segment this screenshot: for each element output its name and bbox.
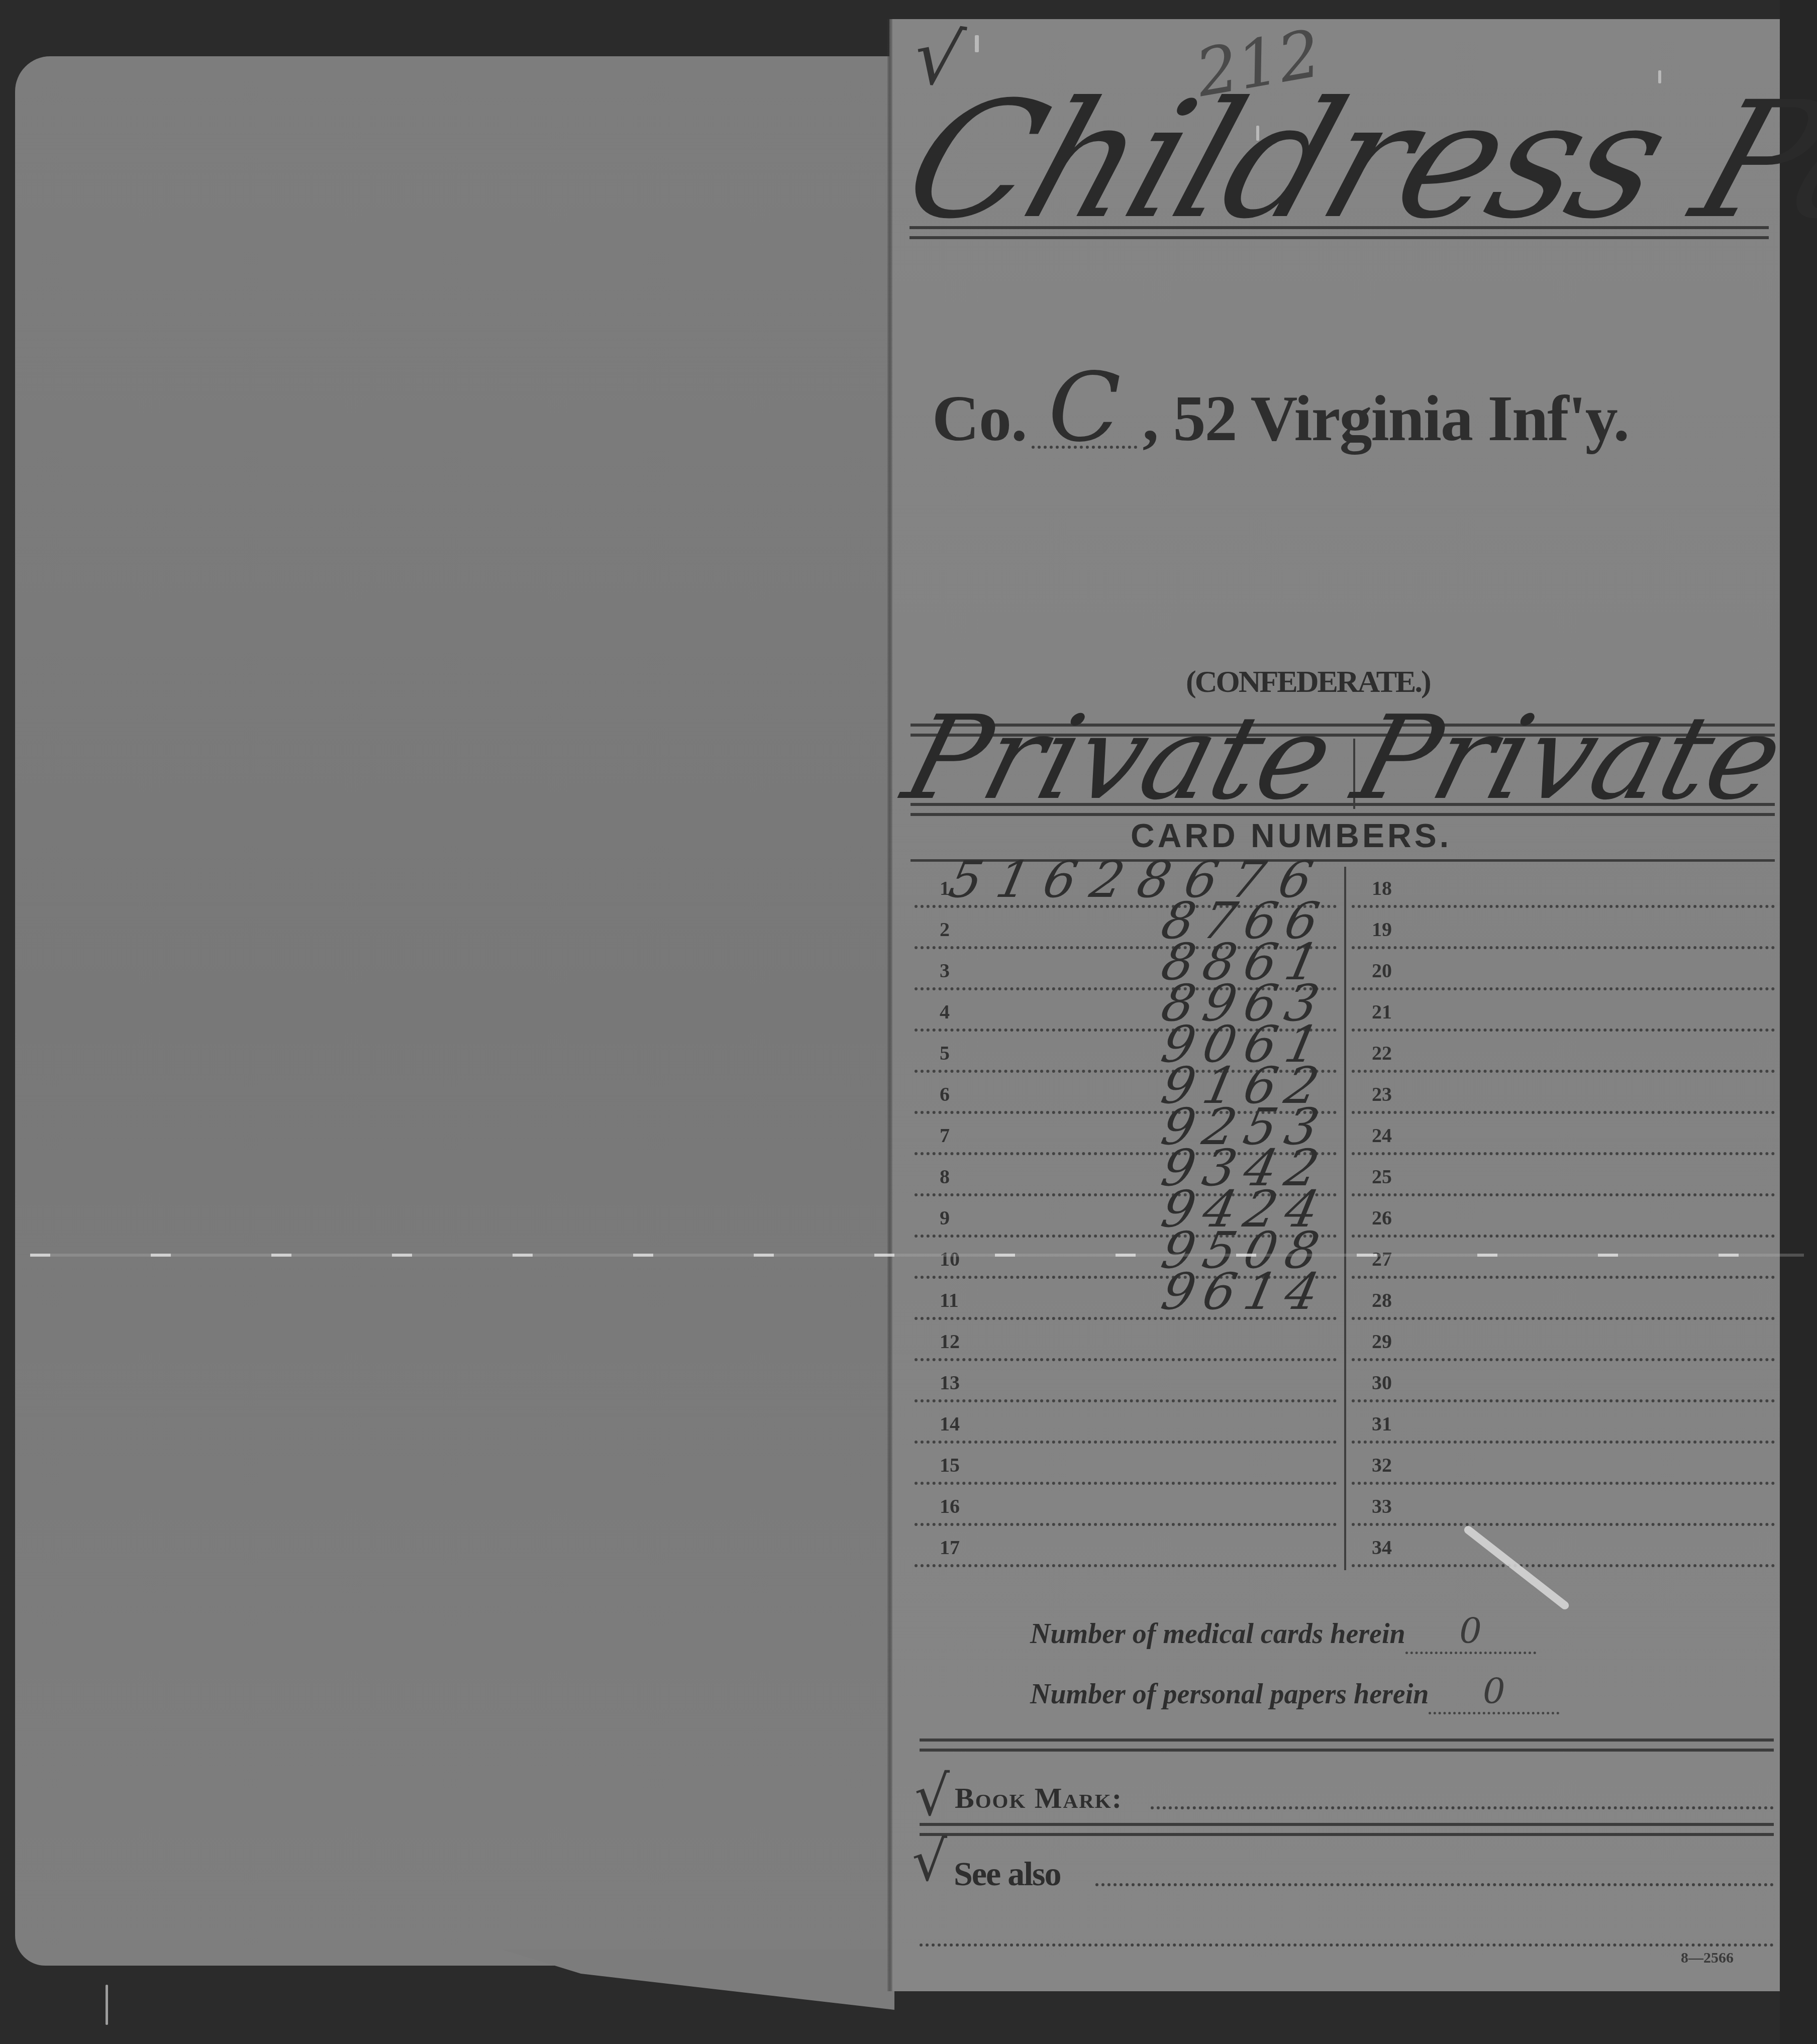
row-number: 32 <box>1372 1453 1392 1477</box>
row-number: 17 <box>940 1536 960 1559</box>
row-number: 28 <box>1372 1288 1392 1312</box>
table-row: 29 <box>1352 1320 1775 1361</box>
table-row: 15 <box>915 1444 1337 1485</box>
row-number: 19 <box>1372 917 1392 941</box>
row-number: 7 <box>940 1123 950 1147</box>
table-row: 21 <box>1352 990 1775 1032</box>
row-number: 18 <box>1372 876 1392 900</box>
column-divider <box>1344 867 1346 1570</box>
name-underline <box>910 226 1769 239</box>
row-number: 10 <box>940 1247 960 1271</box>
table-row: 16 <box>915 1485 1337 1526</box>
regiment-name: , 52 Virginia Inf'y. <box>1142 381 1629 456</box>
row-number: 27 <box>1372 1247 1392 1271</box>
folder-back-panel <box>15 56 892 1966</box>
row-number: 16 <box>940 1494 960 1518</box>
card-numbers-heading: CARD NUMBERS. <box>1131 816 1452 855</box>
personal-papers-label: Number of personal papers herein <box>1030 1678 1429 1710</box>
company-prefix: Co. <box>932 381 1027 456</box>
row-number: 22 <box>1372 1041 1392 1065</box>
form-number: 8—2566 <box>1681 1950 1734 1967</box>
table-row: 14 <box>915 1402 1337 1444</box>
table-row: 33 <box>1352 1485 1775 1526</box>
row-number: 11 <box>940 1288 959 1312</box>
table-row: 32 <box>1352 1444 1775 1485</box>
dust-speck <box>975 35 979 52</box>
personal-papers-line: Number of personal papers herein 0 <box>1030 1671 1559 1714</box>
row-number: 20 <box>1372 959 1392 982</box>
section-rule <box>920 1823 1774 1836</box>
dust-speck <box>1658 70 1661 83</box>
row-number: 29 <box>1372 1330 1392 1353</box>
table-row: 34 <box>1352 1526 1775 1567</box>
row-number: 14 <box>940 1412 960 1436</box>
rank-rule-bottom <box>911 803 1775 816</box>
row-number: 21 <box>1372 1000 1392 1024</box>
folder-fold-line <box>887 19 892 1991</box>
table-row: 27 <box>1352 1238 1775 1279</box>
table-row: 31 <box>1352 1402 1775 1444</box>
row-number: 8 <box>940 1165 950 1188</box>
dust-speck <box>106 1985 108 2025</box>
table-row: 17 <box>915 1526 1337 1567</box>
table-row: 12 <box>915 1320 1337 1361</box>
row-number: 12 <box>940 1330 960 1353</box>
personal-papers-count: 0 <box>1429 1671 1559 1714</box>
row-number: 2 <box>940 917 950 941</box>
check-mark-icon: √ <box>915 1764 950 1828</box>
row-number: 3 <box>940 959 950 982</box>
rank-left-service: Private <box>1344 701 1794 816</box>
folder-back-panel-edge <box>502 1950 894 2010</box>
table-row: 23 <box>1352 1073 1775 1114</box>
table-row: 19 <box>1352 908 1775 949</box>
row-number: 25 <box>1372 1165 1392 1188</box>
row-number: 15 <box>940 1453 960 1477</box>
card-numbers-table: 1 51628676 28766 38861 48963 59061 69162… <box>915 867 1775 1570</box>
table-row: 13 <box>915 1361 1337 1402</box>
card-column-left: 1 51628676 28766 38861 48963 59061 69162… <box>915 867 1337 1567</box>
table-row: 18 <box>1352 867 1775 908</box>
scan-artifact-line <box>30 1254 1804 1257</box>
scan-border <box>1780 0 1817 2044</box>
book-mark-field <box>1151 1806 1774 1809</box>
bottom-field-line <box>920 1944 1774 1947</box>
medical-cards-count: 0 <box>1405 1610 1536 1654</box>
check-mark-icon: √ <box>912 1829 947 1893</box>
table-row: 30 <box>1352 1361 1775 1402</box>
row-number: 34 <box>1372 1536 1392 1559</box>
card-number-prefix: 5162 <box>944 850 1145 909</box>
card-column-right: 18 19 20 21 22 23 24 25 26 27 28 29 30 3… <box>1352 867 1775 1567</box>
table-row: 25 <box>1352 1155 1775 1196</box>
soldier-name: Childress Patrick H. <box>888 80 1817 241</box>
row-number: 33 <box>1372 1494 1392 1518</box>
company-unit-line: Co. C , 52 Virginia Inf'y. <box>932 369 1629 456</box>
see-also-field <box>1095 1883 1774 1886</box>
row-number: 4 <box>940 1000 950 1024</box>
dust-speck <box>1256 126 1259 141</box>
company-letter-field: C <box>1032 369 1137 449</box>
table-row: 20 <box>1352 949 1775 990</box>
row-number: 31 <box>1372 1412 1392 1436</box>
medical-cards-line: Number of medical cards herein 0 <box>1030 1610 1536 1654</box>
medical-cards-label: Number of medical cards herein <box>1030 1618 1405 1650</box>
table-row: 28 <box>1352 1279 1775 1320</box>
row-number: 24 <box>1372 1123 1392 1147</box>
row-number: 26 <box>1372 1206 1392 1230</box>
rank-entered: Private <box>894 701 1344 816</box>
row-number: 5 <box>940 1041 950 1065</box>
table-row: 22 <box>1352 1032 1775 1073</box>
see-also-label: See also <box>954 1854 1061 1894</box>
row-number: 9 <box>940 1206 950 1230</box>
row-number: 6 <box>940 1082 950 1106</box>
book-mark-label: Book Mark: <box>955 1781 1123 1815</box>
row-number: 30 <box>1372 1371 1392 1394</box>
table-row: 26 <box>1352 1196 1775 1238</box>
section-rule <box>920 1739 1774 1752</box>
row-number: 23 <box>1372 1082 1392 1106</box>
table-row: 119614 <box>915 1279 1337 1320</box>
card-number-value: 9614 <box>1157 1267 1332 1317</box>
table-row: 24 <box>1352 1114 1775 1155</box>
row-number: 13 <box>940 1371 960 1394</box>
